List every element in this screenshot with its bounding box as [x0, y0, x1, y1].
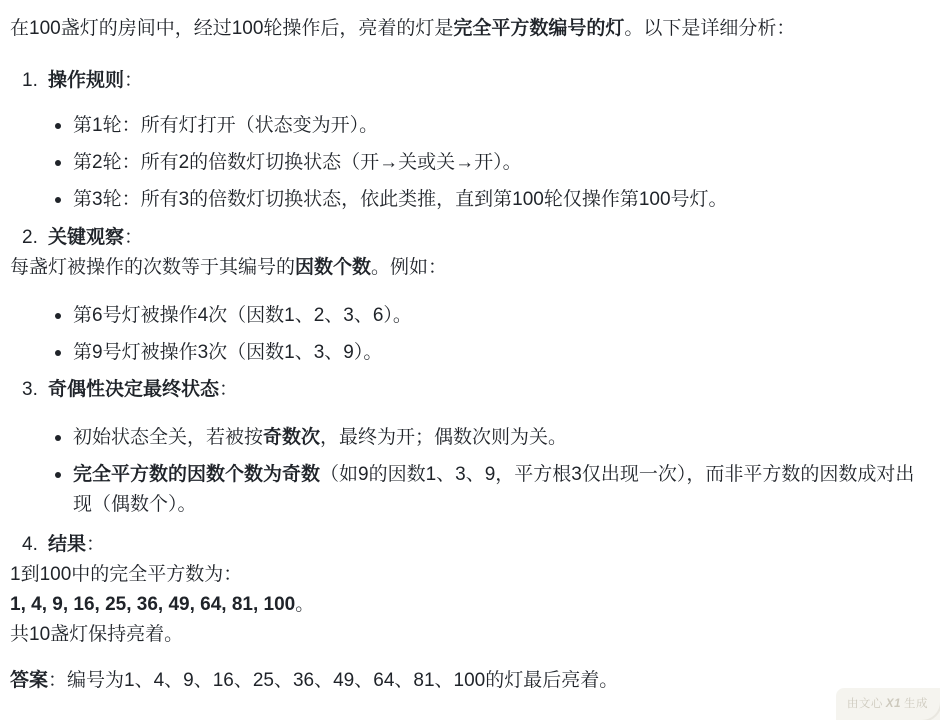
bullet-text-post: ，最终为开；偶数次则为关。 [320, 427, 567, 448]
bullet-dot-icon [55, 435, 61, 441]
section-title: 关键观察： [48, 223, 143, 253]
bullet-dot-icon [55, 197, 61, 203]
bullet-list: 第6号灯被操作4次（因数1、2、3、6）。 第9号灯被操作3次（因数1、3、9）… [55, 301, 928, 368]
bullet-text-bold: 完全平方数的因数个数为奇数 [73, 464, 320, 485]
section-title-text: 操作规则 [48, 70, 124, 91]
bullet-text: 第6号灯被操作4次（因数1、2、3、6）。 [73, 301, 928, 331]
answer-line: 答案：编号为1、4、9、16、25、36、49、64、81、100的灯最后亮着。 [10, 666, 928, 696]
watermark: 由文心X1生成 [847, 697, 928, 711]
section-title-text: 结果 [48, 534, 86, 555]
section-title-text: 关键观察 [48, 227, 124, 248]
watermark-post-text: 生成 [904, 698, 928, 710]
bullet-item: 第9号灯被操作3次（因数1、3、9）。 [55, 338, 928, 368]
section-operation-rules: 1. 操作规则： 第1轮：所有灯打开（状态变为开）。 第2轮：所有2的倍数灯切换… [10, 66, 928, 215]
answer-text: ：编号为1、4、9、16、25、36、49、64、81、100的灯最后亮着。 [48, 670, 618, 691]
bullet-item: 初始状态全关，若被按奇数次，最终为开；偶数次则为关。 [55, 423, 928, 453]
paragraph-text-pre: 每盏灯被操作的次数等于其编号的 [10, 257, 295, 278]
section-title: 操作规则： [48, 66, 143, 96]
bullet-text: 初始状态全关，若被按奇数次，最终为开；偶数次则为关。 [73, 423, 928, 453]
section-heading: 1. 操作规则： [10, 66, 928, 96]
bullet-text: 完全平方数的因数个数为奇数（如9的因数1、3、9，平方根3仅出现一次），而非平方… [73, 460, 928, 520]
section-number: 3. [22, 375, 48, 405]
section-title-colon: ： [86, 534, 105, 555]
watermark-pre-text: 由文心 [847, 698, 883, 710]
answer-document: 在100盏灯的房间中，经过100轮操作后，亮着的灯是完全平方数编号的灯。以下是详… [0, 0, 940, 696]
section-heading: 4. 结果： [10, 530, 928, 560]
bullet-text: 第2轮：所有2的倍数灯切换状态（开→关或关→开）。 [73, 148, 928, 178]
bullet-dot-icon [55, 160, 61, 166]
section-number: 1. [22, 66, 48, 96]
bullet-list: 第1轮：所有灯打开（状态变为开）。 第2轮：所有2的倍数灯切换状态（开→关或关→… [55, 111, 928, 215]
section-title-colon: ： [219, 379, 238, 400]
bullet-dot-icon [55, 350, 61, 356]
page: { "page": { "background": "#ffffff", "te… [0, 0, 940, 720]
section-paragraph: 每盏灯被操作的次数等于其编号的因数个数。例如： [10, 253, 928, 283]
section-title: 结果： [48, 530, 105, 560]
section-heading: 3. 奇偶性决定最终状态： [10, 375, 928, 405]
intro-text-pre: 在100盏灯的房间中，经过100轮操作后，亮着的灯是 [10, 18, 453, 39]
section-result: 4. 结果： 1到100中的完全平方数为： 1, 4, 9, 16, 25, 3… [10, 530, 928, 650]
squares-list-period: 。 [295, 594, 314, 615]
section-number: 2. [22, 223, 48, 253]
bullet-item: 第1轮：所有灯打开（状态变为开）。 [55, 111, 928, 141]
bullet-text: 第9号灯被操作3次（因数1、3、9）。 [73, 338, 928, 368]
watermark-model-name: X1 [886, 698, 901, 710]
paragraph-text-post: 。例如： [371, 257, 447, 278]
section-title: 奇偶性决定最终状态： [48, 375, 238, 405]
bullet-list: 初始状态全关，若被按奇数次，最终为开；偶数次则为关。 完全平方数的因数个数为奇数… [55, 423, 928, 520]
bullet-item: 第3轮：所有3的倍数灯切换状态，依此类推，直到第100轮仅操作第100号灯。 [55, 185, 928, 215]
result-line-squares: 1, 4, 9, 16, 25, 36, 49, 64, 81, 100。 [10, 590, 928, 620]
section-title-text: 奇偶性决定最终状态 [48, 379, 219, 400]
section-key-observation: 2. 关键观察： 每盏灯被操作的次数等于其编号的因数个数。例如： 第6号灯被操作… [10, 223, 928, 368]
bullet-text: 第3轮：所有3的倍数灯切换状态，依此类推，直到第100轮仅操作第100号灯。 [73, 185, 928, 215]
intro-text-bold: 完全平方数编号的灯 [453, 18, 624, 39]
bullet-dot-icon [55, 313, 61, 319]
answer-label: 答案 [10, 670, 48, 691]
intro-paragraph: 在100盏灯的房间中，经过100轮操作后，亮着的灯是完全平方数编号的灯。以下是详… [10, 14, 928, 44]
result-line-count: 共10盏灯保持亮着。 [10, 620, 928, 650]
bullet-dot-icon [55, 472, 61, 478]
section-parity-final-state: 3. 奇偶性决定最终状态： 初始状态全关，若被按奇数次，最终为开；偶数次则为关。… [10, 375, 928, 520]
squares-list-text: 1, 4, 9, 16, 25, 36, 49, 64, 81, 100 [10, 594, 295, 615]
section-heading: 2. 关键观察： [10, 223, 928, 253]
section-title-colon: ： [124, 70, 143, 91]
section-title-colon: ： [124, 227, 143, 248]
result-line-intro: 1到100中的完全平方数为： [10, 560, 928, 590]
bullet-text-pre: 初始状态全关，若被按 [73, 427, 263, 448]
paragraph-text-bold: 因数个数 [295, 257, 371, 278]
intro-text-post: 。以下是详细分析： [624, 18, 795, 39]
bullet-text: 第1轮：所有灯打开（状态变为开）。 [73, 111, 928, 141]
bullet-item: 第6号灯被操作4次（因数1、2、3、6）。 [55, 301, 928, 331]
bullet-text-bold: 奇数次 [263, 427, 320, 448]
section-number: 4. [22, 530, 48, 560]
bullet-dot-icon [55, 123, 61, 129]
bullet-item: 第2轮：所有2的倍数灯切换状态（开→关或关→开）。 [55, 148, 928, 178]
bullet-item: 完全平方数的因数个数为奇数（如9的因数1、3、9，平方根3仅出现一次），而非平方… [55, 460, 928, 520]
